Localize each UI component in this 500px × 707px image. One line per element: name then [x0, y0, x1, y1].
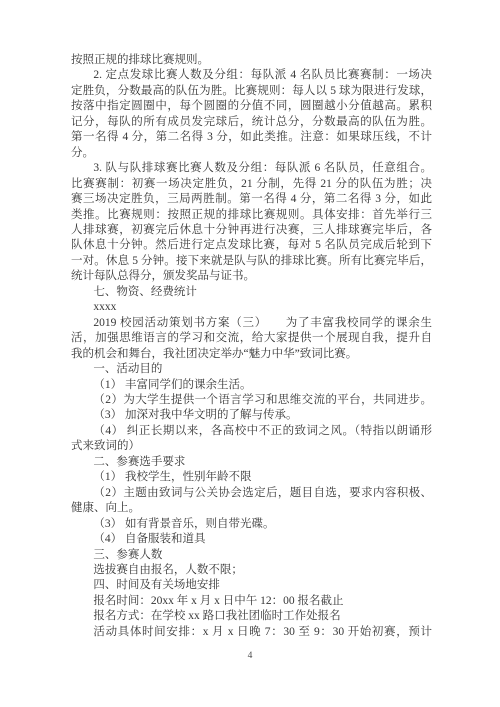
text-line: 报名方式：在学校 xx 路口我社团临时工作处报名 — [71, 609, 432, 624]
text-line: 报名时间：20xx 年 x 月 x 日中午 12：00 报名截止 — [71, 594, 432, 609]
text-line: （4） 纠正长期以来，各高校中不正的致词之风。（特指以朗诵形 — [71, 424, 432, 439]
text-line: 我的机会和舞台，我社团决定举办“魅力中华”致词比赛。 — [71, 347, 432, 362]
text-line: 式来致词的） — [71, 439, 432, 454]
text-line: （1） 我校学生，性别年龄不限 — [71, 470, 432, 485]
text-line: xxxx — [71, 300, 432, 315]
document-page: 按照正规的排球比赛规则。2. 定点发球比赛人数及分组：每队派 4 名队员比赛赛制… — [0, 0, 500, 707]
text-line: 类推。比赛规则：按照正规的排球比赛规则。具体安排：首先举行三 — [71, 208, 432, 223]
document-text-block: 按照正规的排球比赛规则。2. 定点发球比赛人数及分组：每队派 4 名队员比赛赛制… — [71, 53, 432, 640]
text-line: 人排球赛，初赛完后休息十分钟再进行决赛，三人排球赛完毕后，各 — [71, 223, 432, 238]
text-line: 统计每队总得分，颁发奖品与证书。 — [71, 269, 432, 284]
text-line: 一、活动目的 — [71, 362, 432, 377]
text-line: 七、物资、经费统计 — [71, 285, 432, 300]
text-line: （2）主题由致词与公关协会选定后，题目自选，要求内容积极、 — [71, 486, 432, 501]
text-line: （1） 丰富同学们的课余生活。 — [71, 378, 432, 393]
text-line: 2019 校园活动策划书方案（三） 为了丰富我校同学的课余生 — [71, 316, 432, 331]
text-line: 按照正规的排球比赛规则。 — [71, 53, 432, 68]
text-line: 第一名得 4 分，第二名得 3 分，如此类推。注意：如果球压线，不计 — [71, 130, 432, 145]
text-line: 二、参赛选手要求 — [71, 455, 432, 470]
text-line: 四、时间及有关场地安排 — [71, 578, 432, 593]
text-line: 比赛赛制：初赛一场决定胜负，21 分制，先得 21 分的队伍为胜；决 — [71, 177, 432, 192]
text-line: （3） 加深对我中华文明的了解与传承。 — [71, 408, 432, 423]
text-line: 定胜负，分数最高的队伍为胜。比赛规则：每人以 5 球为限进行发球， — [71, 84, 432, 99]
text-line: （4） 自备服装和道具 — [71, 532, 432, 547]
text-line: 队休息十分钟。然后进行定点发球比赛，每对 5 名队员完成后轮到下 — [71, 238, 432, 253]
text-line: 选拔赛自由报名，人数不限； — [71, 563, 432, 578]
text-line: 按落中指定圆圈中，每个圆圈的分值不同，圆圈越小分值越高。累积 — [71, 99, 432, 114]
text-line: 赛三场决定胜负，三局两胜制。第一名得 4 分，第二名得 3 分，如此 — [71, 192, 432, 207]
text-line: 记分，每队的所有成员发完球后，统计总分，分数最高的队伍为胜。 — [71, 115, 432, 130]
page-number: 4 — [0, 651, 500, 661]
text-line: 三、参赛人数 — [71, 548, 432, 563]
text-line: 分。 — [71, 146, 432, 161]
text-line: 健康、向上。 — [71, 501, 432, 516]
text-line: 活，加强思维语言的学习和交流，给大家提供一个展现自我，提升自 — [71, 331, 432, 346]
text-line: （2）为大学生提供一个语言学习和思维交流的平台，共同进步。 — [71, 393, 432, 408]
text-line: （3） 如有背景音乐，则自带光碟。 — [71, 517, 432, 532]
text-line: 活动具体时间安排：x 月 x 日晚 7：30 至 9：30 开始初赛，预计 — [71, 625, 432, 640]
text-line: 2. 定点发球比赛人数及分组：每队派 4 名队员比赛赛制：一场决 — [71, 68, 432, 83]
text-line: 一对。休息 5 分钟。接下来就是队与队的排球比赛。所有比赛完毕后， — [71, 254, 432, 269]
text-line: 3. 队与队排球赛比赛人数及分组：每队派 6 名队员，任意组合。 — [71, 161, 432, 176]
